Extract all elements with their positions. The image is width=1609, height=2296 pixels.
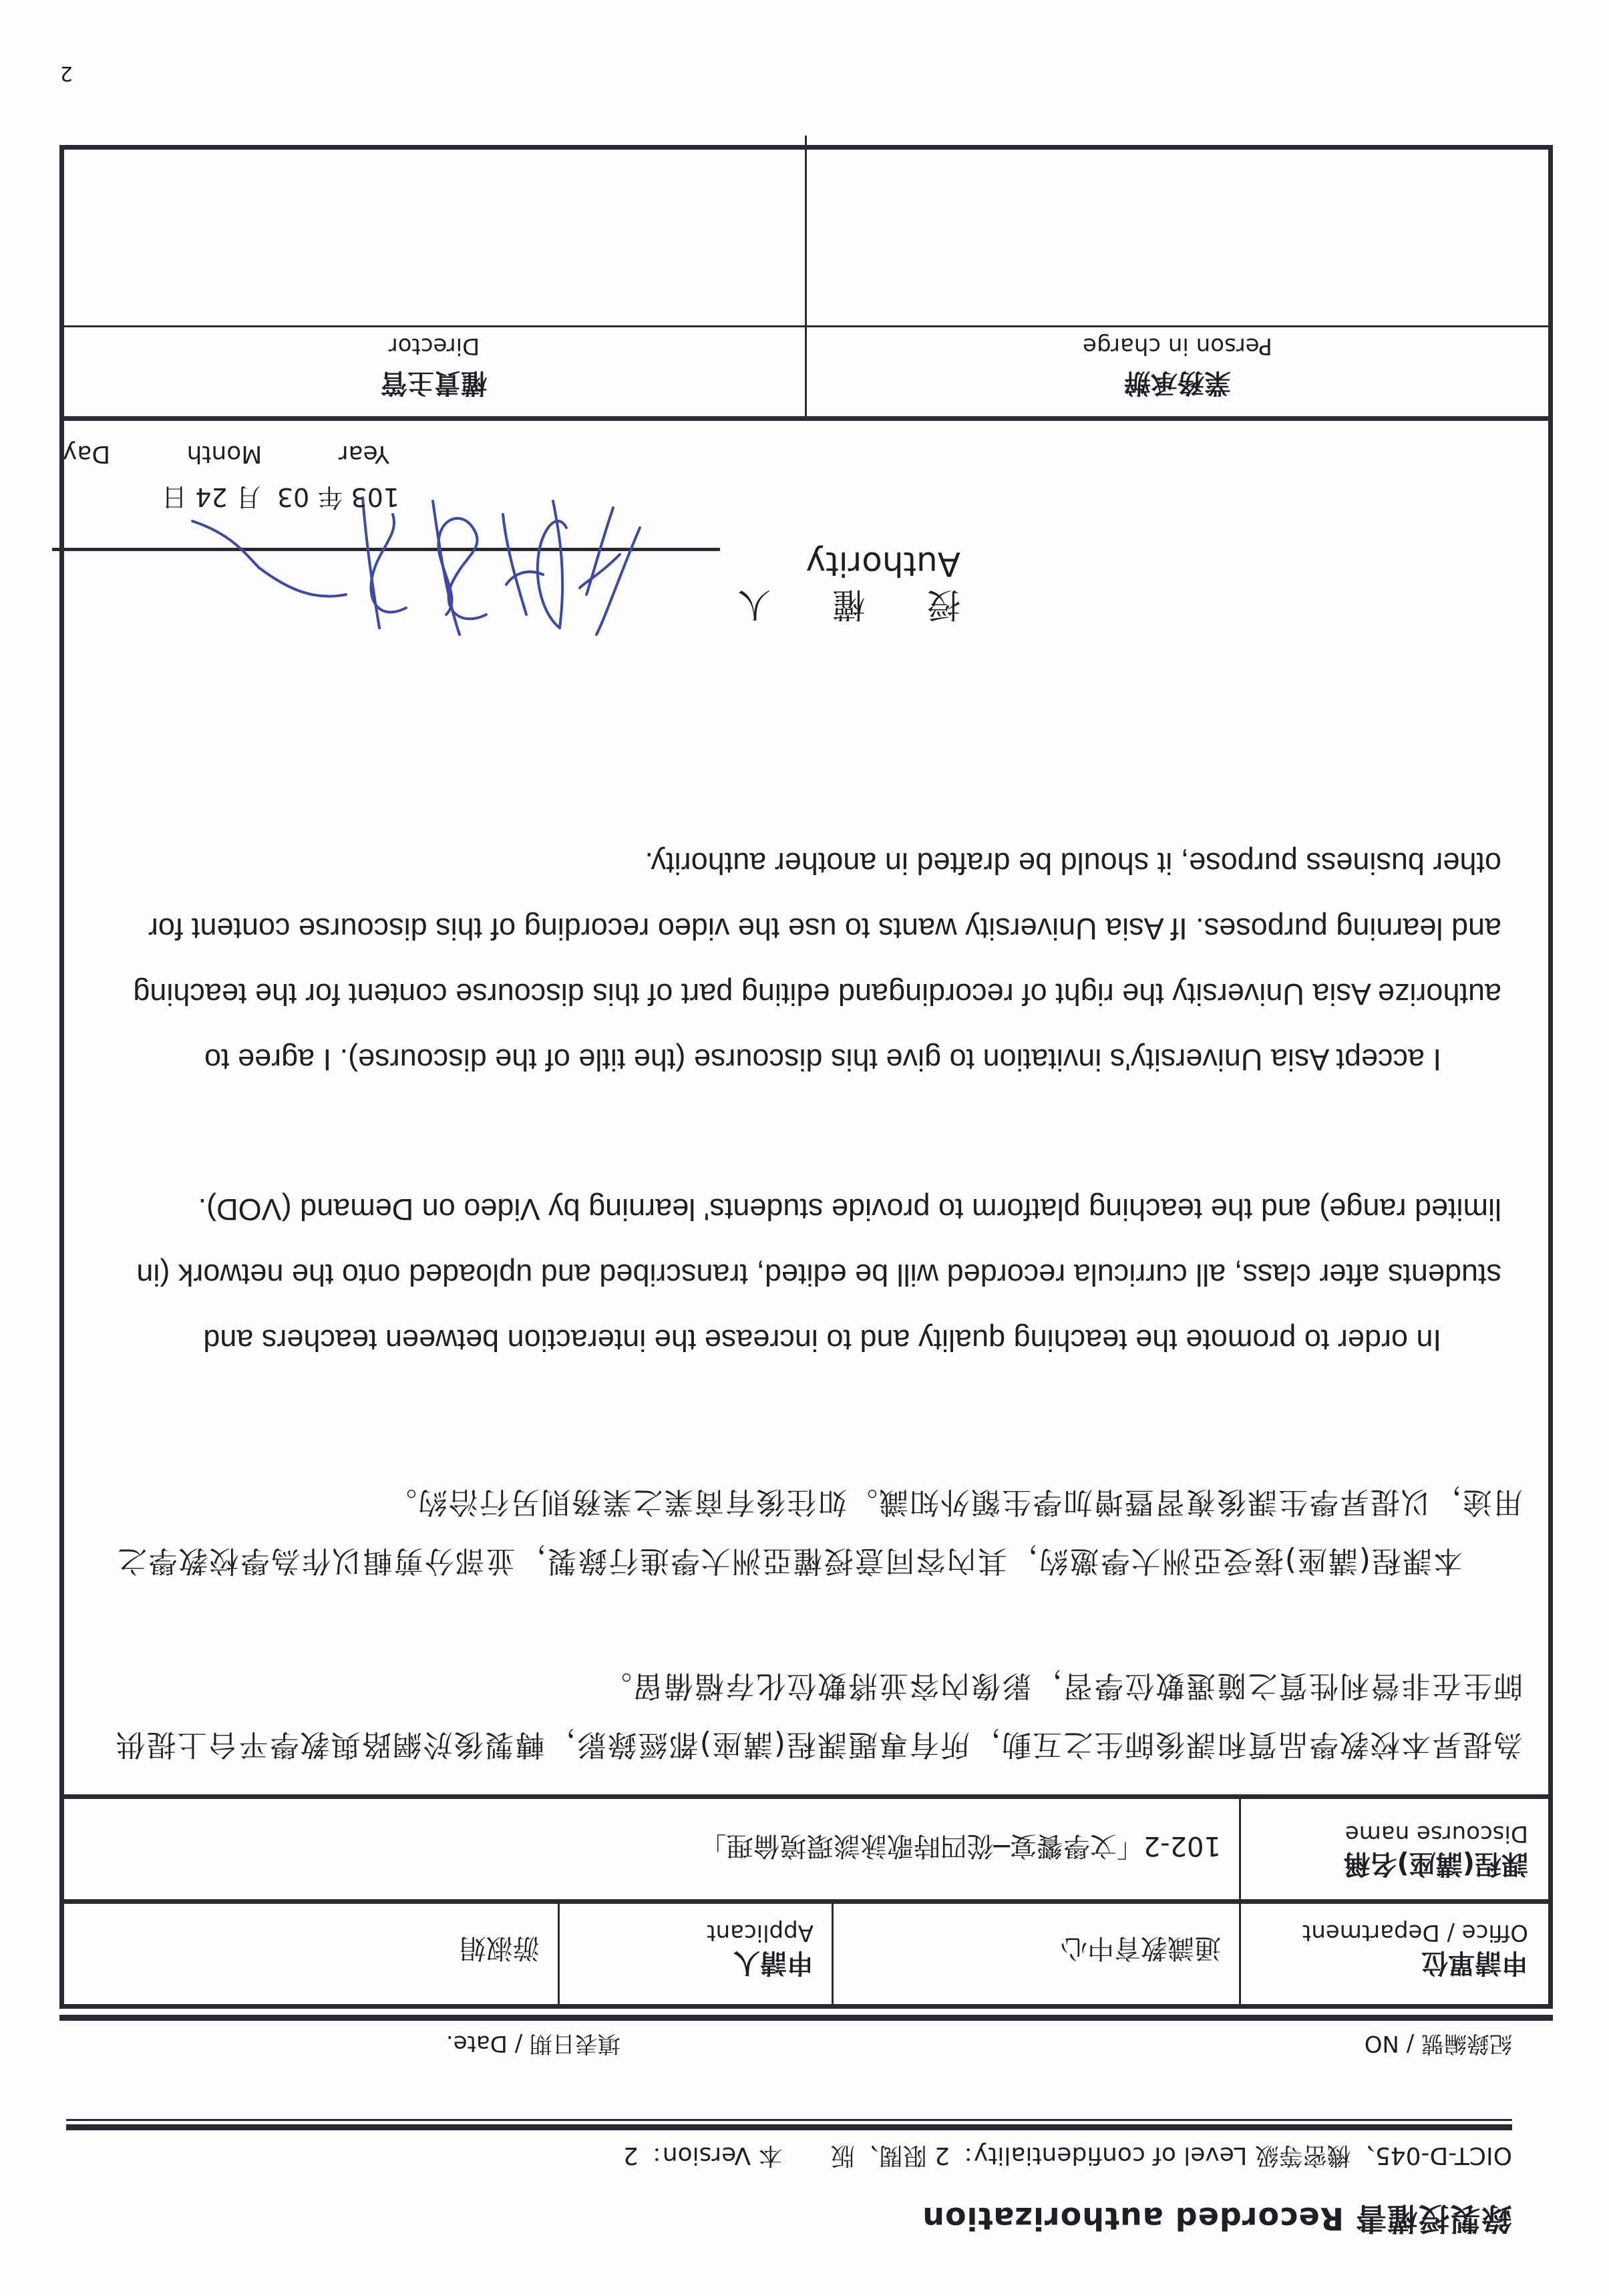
- authority-label: 授 權 人 Authority: [712, 544, 960, 631]
- record-no-field: 紀錄編號 / NO: [1365, 2029, 1512, 2062]
- confidentiality-label: 機密等級 Level of confidentiality：: [950, 2142, 1351, 2169]
- divider: [832, 1904, 834, 2004]
- person-in-charge-en: Person in charge: [807, 333, 1548, 359]
- table-top-rule: [59, 2015, 1553, 2021]
- legend-year: Year: [339, 440, 389, 468]
- row-divider: [64, 1899, 1548, 1904]
- office-value: 通識教育中心: [1061, 1931, 1221, 1969]
- applicant-label: 申請人 Applicant: [707, 1919, 814, 1984]
- divider: [1239, 1799, 1241, 1899]
- person-in-charge-signature-box: [807, 152, 1548, 325]
- confidentiality-value: 2 限閱: [879, 2142, 950, 2169]
- office-label-zh: 申請單位: [1302, 1946, 1528, 1984]
- record-no-label: 紀錄編號 / NO: [1365, 2030, 1512, 2057]
- discourse-value: 102-2「文學饗宴─從四時歌詠談環境倫理」: [700, 1829, 1221, 1867]
- page-number: 2: [60, 61, 73, 85]
- date-day: 24: [195, 482, 227, 512]
- scanned-document-page: 錄製授權書 Recorded authorization OICT-D-045、…: [0, 0, 1609, 2296]
- header-rule-thin: [66, 2119, 1512, 2121]
- discourse-label-en: Discourse name: [1343, 1820, 1528, 1847]
- record-date-field: 填表日期 / Date.: [446, 2029, 620, 2062]
- authorization-form-table: 申請單位 Office / Department 通識教育中心 申請人 Appl…: [59, 145, 1553, 2009]
- date-month: 03: [277, 482, 309, 512]
- director-zh: 權責主管: [63, 366, 805, 404]
- discourse-label: 課程(講座)名稱 Discourse name: [1343, 1820, 1528, 1885]
- zh-paragraph-1: 為提昇本校教學品質和課後師生之互動，所有專題課程(講座)都經錄影，轉製後於網路與…: [90, 1656, 1523, 1774]
- signoff-row-divider: [64, 325, 1548, 327]
- authority-date: 103 年 03 月 24 日: [162, 481, 399, 518]
- document-title: 錄製授權書 Recorded authorization: [922, 2198, 1512, 2243]
- date-year: 103: [351, 482, 399, 512]
- en-paragraph-2: I accept Asia University's invitation to…: [91, 830, 1501, 1092]
- legend-day: Day: [63, 440, 110, 468]
- applicant-value: 游淑娟: [460, 1931, 540, 1969]
- record-date-label: 填表日期 / Date.: [446, 2030, 620, 2057]
- version-label: 版 本 Version：: [639, 2142, 855, 2169]
- divider: [558, 1904, 560, 2004]
- discourse-label-zh: 課程(講座)名稱: [1343, 1847, 1528, 1885]
- director-en: Director: [63, 333, 805, 359]
- applicant-label-en: Applicant: [707, 1919, 814, 1946]
- director-signature-box: [63, 152, 805, 325]
- authority-label-en: Authority: [712, 544, 960, 583]
- date-month-unit: 月: [236, 482, 261, 512]
- office-label: 申請單位 Office / Department: [1302, 1919, 1528, 1984]
- director-header: 權責主管 Director: [63, 333, 805, 404]
- header-rule-thick: [66, 2124, 1512, 2130]
- office-label-en: Office / Department: [1302, 1919, 1528, 1946]
- date-legend: Year Month Day: [63, 440, 389, 468]
- person-in-charge-header: 業務承辦 Person in charge: [807, 333, 1548, 404]
- person-in-charge-zh: 業務承辦: [807, 366, 1548, 404]
- applicant-label-zh: 申請人: [707, 1946, 814, 1984]
- row-divider: [64, 1794, 1548, 1799]
- form-meta-line: OICT-D-045、機密等級 Level of confidentiality…: [623, 2140, 1512, 2174]
- date-year-unit: 年: [317, 482, 343, 512]
- row-divider: [64, 416, 1548, 421]
- date-day-unit: 日: [162, 482, 187, 512]
- en-paragraph-1: In order to promote the teaching quality…: [91, 1176, 1501, 1373]
- form-code: OICT-D-045: [1375, 2142, 1512, 2169]
- zh-paragraph-2: 本課程(講座)接受亞洲大學邀約，其內容同意授權亞洲大學進行錄製，並部分剪輯以作為…: [90, 1472, 1523, 1590]
- authority-label-zh: 授 權 人: [712, 583, 960, 631]
- divider: [1239, 1904, 1241, 2004]
- version-value: 2: [623, 2142, 639, 2169]
- legend-month: Month: [187, 440, 262, 468]
